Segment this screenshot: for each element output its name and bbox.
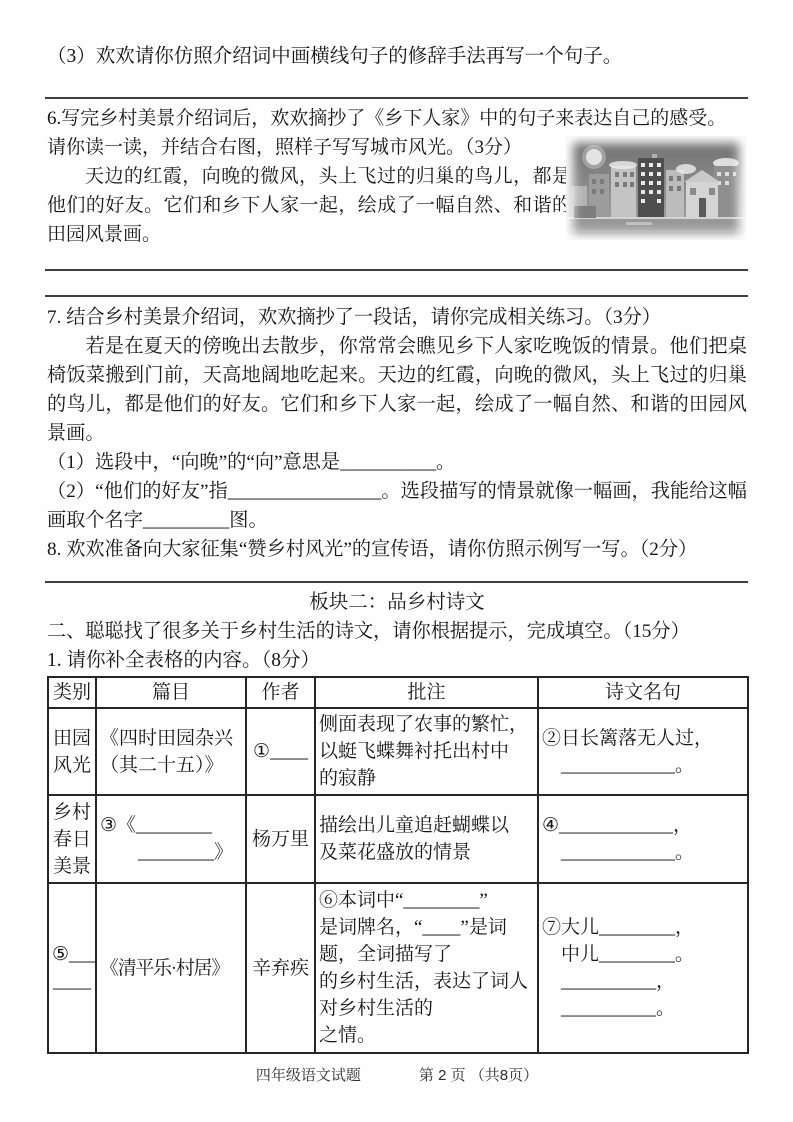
- col-header-category: 类别: [48, 677, 96, 708]
- table-row: 田园 风光 《四时田园杂兴 （其二十五）》 ①____ 侧面表现了农事的繁忙， …: [48, 708, 748, 795]
- question-7-title: 7. 结合乡村美景介绍词，欢欢摘抄了一段话，请你完成相关练习。（3分）: [47, 303, 747, 332]
- moon: [586, 149, 602, 165]
- cell-author: ①____: [246, 708, 315, 795]
- cell-title: 《清平乐·村居》: [96, 883, 246, 1053]
- section-divider-line: [45, 581, 748, 583]
- question-7-sub2: （2）“他们的好友”指________________。选段描写的情景就像一幅画…: [47, 477, 747, 535]
- cell-category: 田园 风光: [48, 708, 96, 795]
- table-row: 乡村 春日 美景 ③《________ ________》 杨万里 描绘出儿童追…: [48, 795, 748, 883]
- page-footer: 四年级语文试题第 2 页 （共8页）: [47, 1064, 747, 1085]
- cell-title: 《四时田园杂兴 （其二十五）》: [96, 708, 246, 795]
- exam-page: （3）欢欢请你仿照介绍词中画横线句子的修辞手法再写一个句子。 6.写完乡村美景介…: [0, 0, 793, 1122]
- cell-author: 辛弃疾: [246, 883, 315, 1053]
- question-3-text: （3）欢欢请你仿照介绍词中画横线句子的修辞手法再写一个句子。: [47, 42, 747, 71]
- cell-author: 杨万里: [246, 795, 315, 883]
- table-header-row: 类别 篇目 作者 批注 诗文名句: [48, 677, 748, 708]
- question-7-sub1: （1）选段中，“向晚”的“向”意思是__________。: [47, 448, 747, 477]
- section-2-intro: 二、聪聪找了很多关于乡村生活的诗文，请你根据提示，完成填空。（15分）: [47, 617, 753, 646]
- city-night-illustration: [566, 136, 746, 240]
- cell-verse: ⑦大儿________， 中儿________。 __________， ___…: [538, 883, 748, 1053]
- question-7-block: 7. 结合乡村美景介绍词，欢欢摘抄了一段话，请你完成相关练习。（3分） 若是在夏…: [47, 303, 747, 564]
- cell-verse: ④____________， ____________。: [538, 795, 748, 883]
- cell-category: ⑤___ ____: [48, 883, 96, 1053]
- section-2-title: 板块二：品乡村诗文: [47, 588, 747, 617]
- cell-title: ③《________ ________》: [96, 795, 246, 883]
- footer-paper-title: 四年级语文试题: [256, 1067, 361, 1084]
- cell-note: 描绘出儿童追赶蝴蝶以 及菜花盛放的情景: [315, 795, 538, 883]
- col-header-note: 批注: [315, 677, 538, 708]
- section-2-item1: 1. 请你补全表格的内容。（8分）: [47, 646, 747, 675]
- cell-note: ⑥本词中“________” 是词牌名，“____”是词 题，全词描写了 的乡村…: [315, 883, 538, 1053]
- answer-line: [45, 97, 748, 99]
- question-8-text: 8. 欢欢准备向大家征集“赞乡村风光”的宣传语，请你仿照示例写一写。（2分）: [47, 535, 747, 564]
- question-6-quote: 天边的红霞，向晚的微风，头上飞过的归巢的鸟儿，都是他们的好友。它们和乡下人家一起…: [47, 162, 571, 249]
- answer-line: [45, 269, 748, 271]
- poetry-table: 类别 篇目 作者 批注 诗文名句 田园 风光 《四时田园杂兴 （其二十五）》 ①…: [47, 676, 749, 1054]
- cell-category: 乡村 春日 美景: [48, 795, 96, 883]
- col-header-verse: 诗文名句: [538, 677, 748, 708]
- answer-line: [45, 295, 748, 297]
- question-7-passage: 若是在夏天的傍晚出去散步，你常常会瞧见乡下人家吃晚饭的情景。他们把桌椅饭菜搬到门…: [47, 332, 747, 448]
- col-header-author: 作者: [246, 677, 315, 708]
- cell-note: 侧面表现了农事的繁忙， 以蜓飞蝶舞衬托出村中 的寂静: [315, 708, 538, 795]
- cell-verse: ②日长篱落无人过， ____________。: [538, 708, 748, 795]
- table-row: ⑤___ ____ 《清平乐·村居》 辛弃疾 ⑥本词中“________” 是词…: [48, 883, 748, 1053]
- footer-page-number: 第 2 页 （共8页）: [419, 1067, 538, 1084]
- col-header-title: 篇目: [96, 677, 246, 708]
